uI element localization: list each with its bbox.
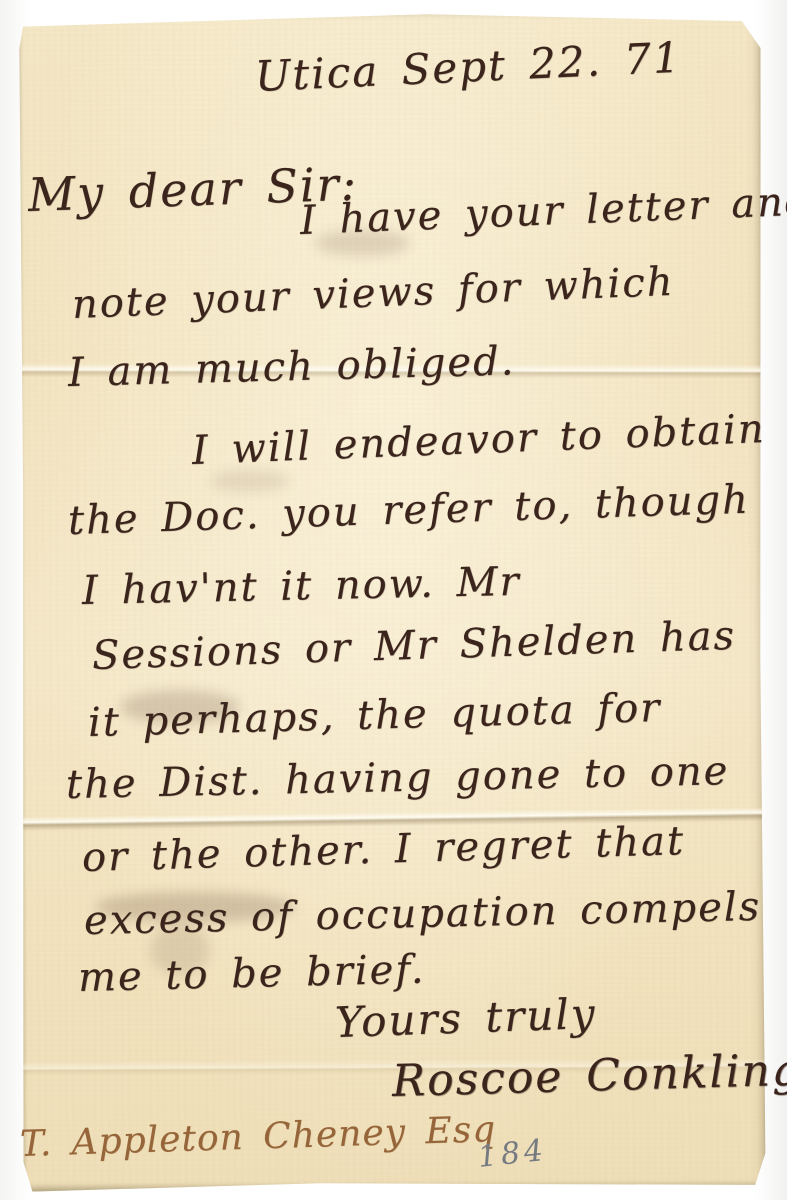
ink-smudge [210, 470, 290, 492]
pencil-number: 184 [476, 1133, 549, 1175]
body-line: I hav'nt it now. Mr [82, 559, 522, 614]
scan-background: Utica Sept 22. 71 My dear Sir: I have yo… [0, 0, 787, 1200]
body-line: me to be brief. [77, 947, 425, 1001]
closing-valediction: Yours truly [334, 989, 597, 1047]
signature: Roscoe Conkling [391, 1045, 787, 1107]
